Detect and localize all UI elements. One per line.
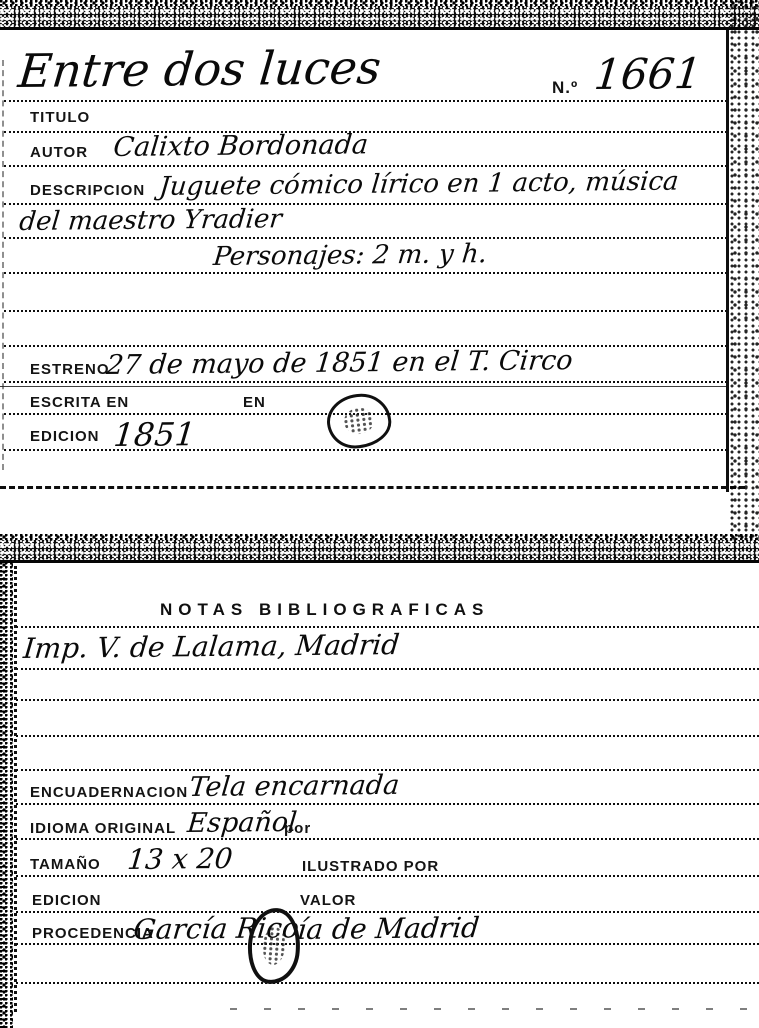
titulo-label: TITULO	[30, 109, 90, 126]
ruled-line	[0, 386, 727, 387]
card-left-border	[14, 566, 17, 1012]
escrita-en-label: ESCRITA EN	[30, 394, 129, 411]
estreno-ink-stamp-icon	[324, 390, 394, 451]
ruled-line	[4, 237, 727, 239]
edicion-label: EDICION	[30, 428, 100, 445]
encuadernacion-label: ENCUADERNACION	[30, 784, 188, 801]
scan-border-noise-middle	[0, 534, 759, 563]
number-label: N.º	[552, 78, 578, 98]
descripcion-label: DESCRIPCION	[30, 182, 145, 199]
ruled-line	[4, 272, 727, 274]
scan-margin-noise-left	[0, 562, 13, 1028]
descripcion-line1-handwritten: Juguete cómico lírico en 1 acto, música	[158, 167, 680, 202]
ruled-line	[4, 381, 727, 383]
idioma-original-value-handwritten: Español	[186, 807, 298, 839]
idioma-original-label: IDIOMA ORIGINAL	[30, 820, 176, 837]
ruled-line	[16, 699, 759, 701]
scan-border-noise-top	[0, 0, 759, 30]
en-label: EN	[243, 394, 266, 411]
card-right-border	[726, 30, 729, 492]
ruled-line	[16, 803, 759, 805]
ruled-line	[16, 982, 759, 984]
number-value-handwritten: 1661	[592, 49, 704, 99]
autor-value-handwritten: Calixto Bordonada	[112, 129, 370, 163]
valor-label: VALOR	[300, 892, 356, 909]
ruled-line	[16, 735, 759, 737]
ruled-line	[4, 100, 727, 102]
estreno-label: ESTRENO	[30, 361, 110, 378]
ilustrado-por-label: ILUSTRADO POR	[302, 858, 439, 875]
ruled-line	[4, 203, 727, 205]
noise-dense-band	[0, 540, 759, 560]
procedencia-value-right-handwritten: ía de Madrid	[296, 911, 481, 946]
personajes-handwritten: Personajes: 2 m. y h.	[212, 239, 488, 272]
por-label: por	[284, 820, 311, 837]
noise-dense-band	[0, 6, 759, 27]
tamano-label: TAMAÑO	[30, 856, 101, 873]
scan-artifact-dashes	[230, 1008, 759, 1010]
imprenta-handwritten: Imp. V. de Lalama, Madrid	[22, 628, 401, 665]
scanned-catalog-card-page: Entre dos luces N.º 1661 TITULO AUTOR Ca…	[0, 0, 759, 1028]
notas-bibliograficas-heading: NOTAS BIBLIOGRAFICAS	[160, 600, 489, 620]
title-handwritten: Entre dos luces	[16, 40, 383, 98]
card-left-border	[2, 60, 4, 470]
ruled-line	[4, 310, 727, 312]
edicion-value-handwritten: 1851	[112, 415, 197, 454]
noise-solid-edge	[0, 27, 759, 30]
tamano-value-handwritten: 13 x 20	[126, 842, 234, 876]
card-bottom-edge	[0, 486, 745, 489]
noise-solid-edge	[0, 560, 759, 563]
ruled-line	[16, 838, 759, 840]
encuadernacion-value-handwritten: Tela encarnada	[188, 770, 401, 803]
ruled-line	[16, 668, 759, 670]
descripcion-line2-handwritten: del maestro Yradier	[18, 204, 283, 237]
scan-margin-noise-right	[730, 0, 759, 540]
estreno-value-handwritten: 27 de mayo de 1851 en el T. Circo	[105, 345, 574, 381]
autor-label: AUTOR	[30, 144, 88, 161]
edicion-label: EDICION	[32, 892, 102, 909]
